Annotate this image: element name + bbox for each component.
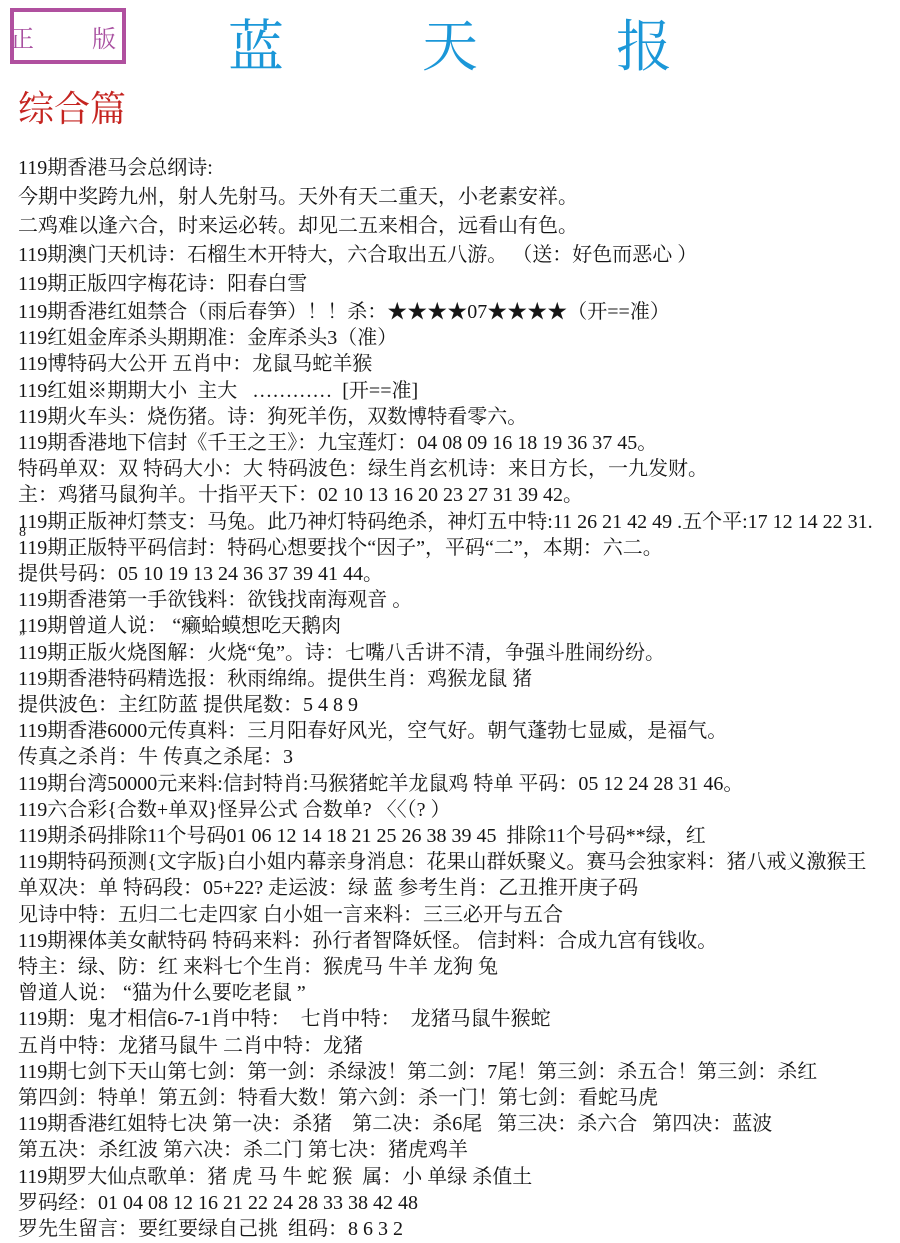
text-line: 119期香港地下信封《千王之王》：九宝莲灯：04 08 09 16 18 19 … bbox=[18, 430, 894, 456]
text-line-content: 119期正版火烧图解：火烧“兔”。诗：七嘴八舌讲不清，争强斗胜闹纷纷。 bbox=[18, 642, 665, 664]
text-line: 罗先生留言：要红要绿自己挑 组码：8 6 3 2 bbox=[18, 1216, 894, 1242]
text-line: ”119期正版火烧图解：火烧“兔”。诗：七嘴八舌讲不清，争强斗胜闹纷纷。 bbox=[18, 640, 894, 666]
text-line: 119红姐金库杀头期期准：金库杀头3（准） bbox=[18, 325, 894, 351]
text-line: 119期正版四字梅花诗：阳春白雪 bbox=[18, 270, 894, 299]
text-line: 119期罗大仙点歌单：猪 虎 马 牛 蛇 猴 属：小 单绿 杀值土 bbox=[18, 1164, 894, 1190]
text-line: 主：鸡猪马鼠狗羊。十指平天下：02 10 13 16 20 23 27 31 3… bbox=[18, 482, 894, 508]
text-line: 今期中奖跨九州，射人先射马。天外有天二重天，小老素安祥。 bbox=[18, 183, 894, 212]
overprint-mark: ” bbox=[19, 631, 25, 645]
tips-text-block: 119期香港马会总纲诗: 今期中奖跨九州，射人先射马。天外有天二重天，小老素安祥… bbox=[0, 154, 900, 1242]
text-line: 见诗中特：五归二七走四家 白小姐一言来料：三三必开与五合 bbox=[18, 902, 894, 928]
text-line: 8119期正版特平码信封：特码心想要找个“因子”，平码“二”，本期：六二。 bbox=[18, 535, 894, 561]
text-line: 119博特码大公开 五肖中：龙鼠马蛇羊猴 bbox=[18, 351, 894, 377]
authentic-badge: 正 版 bbox=[10, 8, 126, 64]
text-line: 119期香港第一手欲钱料：欲钱找南海观音 。 bbox=[18, 587, 894, 613]
text-line: 罗码经：01 04 08 12 16 21 22 24 28 33 38 42 … bbox=[18, 1190, 894, 1216]
text-line: 特码单双：双 特码大小：大 特码波色：绿生肖玄机诗：来日方长，一九发财。 bbox=[18, 456, 894, 482]
text-line: 119期裸体美女献特码 特码来料：孙行者智降妖怪。 信封料：合成九宫有钱收。 bbox=[18, 928, 894, 954]
text-line: 119期香港特码精选报：秋雨绵绵。提供生肖：鸡猴龙鼠 猪 bbox=[18, 666, 894, 692]
text-line: 119期特码预测{文字版}白小姐内幕亲身消息：花果山群妖聚义。赛马会独家料：猪八… bbox=[18, 849, 894, 875]
text-line: 119期香港6000元传真料：三月阳春好风光，空气好。朝气蓬勃七显威，是福气。 bbox=[18, 718, 894, 744]
text-line: 119期香港马会总纲诗: bbox=[18, 154, 894, 183]
text-line: 119期曾道人说： “癞蛤蟆想吃天鹅肉 bbox=[18, 613, 894, 639]
text-line: 曾道人说： “猫为什么要吃老鼠 ” bbox=[18, 980, 894, 1006]
text-line: 119期正版神灯禁支：马兔。此乃神灯特码绝杀，神灯五中特:11 26 21 42… bbox=[18, 509, 894, 535]
text-line: 五肖中特：龙猪马鼠牛 二肖中特：龙猪 bbox=[18, 1033, 894, 1059]
text-line: 119期杀码排除11个号码01 06 12 14 18 21 25 26 38 … bbox=[18, 823, 894, 849]
text-line: 提供波色：主红防蓝 提供尾数：5 4 8 9 bbox=[18, 692, 894, 718]
newspaper-page: 正 版 蓝 天 报 综合篇 119期香港马会总纲诗: 今期中奖跨九州，射人先射马… bbox=[0, 0, 900, 1243]
text-line-content: 119期正版特平码信封：特码心想要找个“因子”，平码“二”，本期：六二。 bbox=[18, 537, 663, 559]
text-line: 119红姐※期期大小 主大 ………… [开==准] bbox=[18, 378, 894, 404]
text-line: 第五决：杀红波 第六决：杀二门 第七决：猪虎鸡羊 bbox=[18, 1137, 894, 1163]
text-line: 特主：绿、防：红 来料七个生肖：猴虎马 牛羊 龙狗 兔 bbox=[18, 954, 894, 980]
text-line: 二鸡难以逢六合，时来运必转。却见二五来相合，远看山有色。 bbox=[18, 212, 894, 241]
text-line: 119期台湾50000元来料:信封特肖:马猴猪蛇羊龙鼠鸡 特单 平码：05 12… bbox=[18, 771, 894, 797]
text-line: 119期七剑下天山第七剑：第一剑：杀绿波！第二剑：7尾！第三剑：杀五合！第三剑：… bbox=[18, 1059, 894, 1085]
text-line: 提供号码：05 10 19 13 24 36 37 39 41 44。 bbox=[18, 561, 894, 587]
authentic-badge-label: 正 版 bbox=[10, 19, 142, 54]
text-line: 传真之杀肖：牛 传真之杀尾：3 bbox=[18, 744, 894, 770]
text-line: 119期：鬼才相信6-7-1肖中特： 七肖中特： 龙猪马鼠牛猴蛇 bbox=[18, 1006, 894, 1032]
text-line: 单双决：单 特码段：05+22? 走运波：绿 蓝 参考生肖：乙丑推开庚子码 bbox=[18, 875, 894, 901]
text-line: 第四剑：特单！第五剑：特看大数！第六剑：杀一门！第七剑：看蛇马虎 bbox=[18, 1085, 894, 1111]
text-line: 119期香港红姐特七决 第一决：杀猪 第二决：杀6尾 第三决：杀六合 第四决：蓝… bbox=[18, 1111, 894, 1137]
text-line: 119期澳门天机诗：石榴生木开特大，六合取出五八游。 （送：好色而恶心 ） bbox=[18, 241, 894, 270]
section-title: 综合篇 bbox=[18, 90, 900, 130]
text-line: 119期火车头：烧伤猪。诗：狗死羊伤，双数博特看零六。 bbox=[18, 404, 894, 430]
text-line: 119期香港红姐禁合（雨后春笋）！！杀：★★★★07★★★★（开==准） bbox=[18, 299, 894, 325]
overprint-mark: 8 bbox=[19, 526, 26, 540]
text-line: 119六合彩{合数+单双}怪异公式 合数单? 〈〈（? ） bbox=[18, 797, 894, 823]
